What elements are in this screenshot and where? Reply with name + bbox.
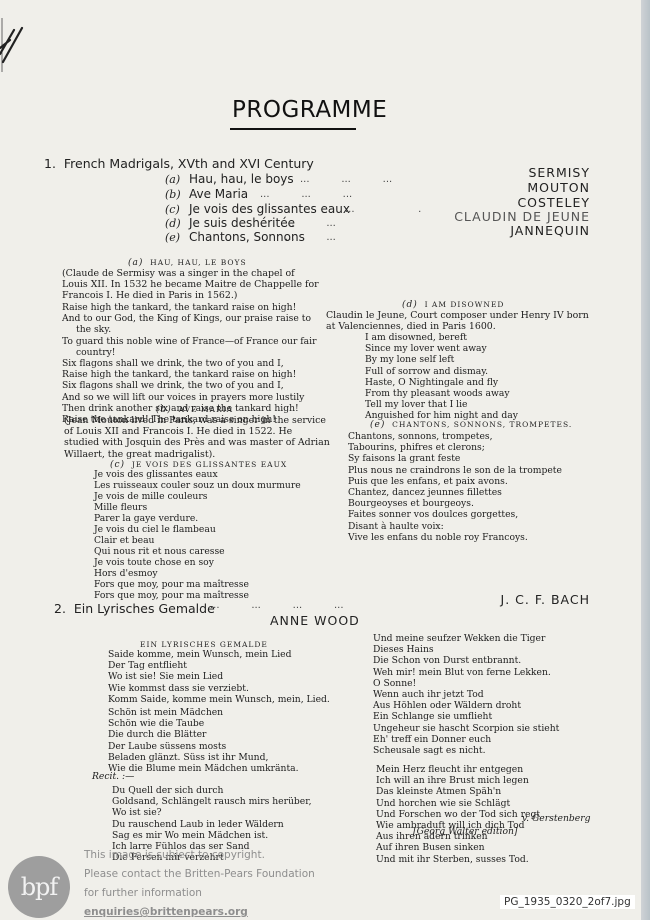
text-line: To guard this noble wine of France—of Fr… [62, 336, 317, 347]
text-line: Willaert, the great madrigalist). [64, 449, 330, 460]
text-line: of Louis XII and Francois I. He died in … [64, 426, 330, 437]
text-line: Bourgeoyses et bourgeoys. [348, 498, 562, 509]
text-line: Chantez, dancez jeunnes fillettes [348, 487, 562, 498]
text-line: Raise high the tankard, the tankard rais… [62, 369, 317, 380]
section-title: I AM DISOWNED [425, 300, 505, 309]
programme-subitem: (b)Ave Maria [165, 187, 248, 201]
subitem-letter: (a) [165, 173, 189, 186]
pen-mark-icon [0, 18, 30, 72]
title-underline [230, 128, 356, 130]
text-line: Wo ist sie! Sie mein Lied [108, 671, 330, 682]
text-d-note: Claudin le Jeune, Court composer under H… [326, 310, 589, 332]
subitem-title: Je suis deshéritée [189, 216, 295, 230]
performer: ANNE WOOD [270, 613, 360, 628]
text-line: Du rauschend Laub in leder Wäldern [112, 819, 312, 830]
section-heading-e: (e) CHANTONS, SONNONS, TROMPETES. [370, 420, 572, 430]
text-line: Der Tag entflieht [108, 660, 330, 671]
text-line: Chantons, sonnons, trompetes, [348, 431, 562, 442]
text-line: Saide komme, mein Wunsch, mein Lied [108, 649, 330, 660]
text-line: Und horchen wie sie Schlägt [376, 798, 540, 809]
text-line: And to our God, the King of Kings, our p… [62, 313, 317, 324]
text-line: Louis XII. In 1532 he became Maitre de C… [62, 279, 319, 290]
gemalde-stanza-2: Schön ist mein MädchenSchön wie die Taub… [108, 707, 299, 774]
text-line: Ungeheur sie hascht Scorpion sie stieht [373, 723, 559, 734]
page-title: PROGRAMME [232, 97, 387, 123]
text-line: Since my lover went away [365, 343, 518, 354]
text-line: By my lone self left [365, 354, 518, 365]
text-line: (Jean Mouton lived in Paris, was a singe… [64, 415, 330, 426]
section-letter: (e) [370, 420, 385, 430]
text-line: Je vois du ciel le flambeau [94, 524, 301, 535]
text-line: Eh' treff ein Donner euch [373, 734, 559, 745]
text-line: Du Quell der sich durch [112, 785, 312, 796]
item-title: Ein Lyrisches Gemalde [74, 601, 215, 616]
text-line: Die Schon von Durst entbrannt. [373, 655, 559, 666]
leader-dots: ... . [345, 204, 421, 215]
text-d-lyrics: I am disowned, bereftSince my lover went… [365, 332, 518, 422]
text-a-note: (Claude de Sermisy was a singer in the c… [62, 268, 319, 302]
text-line: Faites sonner vos doulces gorgettes, [348, 509, 562, 520]
text-line: Tell my lover that I lie [365, 399, 518, 410]
leader-dots: ... ... ... [260, 189, 352, 200]
page-edge [641, 0, 650, 920]
section-heading-gemalde: EIN LYRISCHES GEMALDE [140, 640, 268, 649]
text-line: Und Forschen wo der Tod sich regt [376, 809, 540, 820]
text-line: And so we will lift our voices in prayer… [62, 392, 317, 403]
text-line: country! [62, 347, 317, 358]
text-line: Schön ist mein Mädchen [108, 707, 299, 718]
section-heading-a: (a) HAU, HAU, LE BOYS [128, 258, 247, 268]
leader-dots: ... ... ... ... [210, 600, 344, 611]
composer: JANNEQUIN [510, 223, 590, 238]
copyright-line: Please contact the Britten-Pears Foundat… [84, 865, 315, 884]
text-line: Disant à haulte voix: [348, 521, 562, 532]
text-line: Vive les enfans du noble roy Francoys. [348, 532, 562, 543]
subitem-letter: (e) [165, 231, 189, 244]
text-line: Sy faisons la grant feste [348, 453, 562, 464]
subitem-letter: (d) [165, 217, 189, 230]
programme-subitem: (d)Je suis deshéritée [165, 216, 295, 230]
composer: COSTELEY [517, 195, 590, 210]
text-line: O Sonne! [373, 678, 559, 689]
composer: J. C. F. BACH [501, 592, 590, 607]
section-heading-b: (b) AVE MARIA [156, 405, 233, 415]
leader-dots: ... ... [285, 218, 336, 229]
section-title: JE VOIS DES GLISSANTES EAUX [132, 460, 287, 469]
item-1-heading: 1. French Madrigals, XVth and XVI Centur… [44, 156, 314, 171]
text-line: Dieses Hains [373, 644, 559, 655]
text-line: Ich will an ihre Brust mich legen [376, 775, 540, 786]
item-number: 1. [44, 156, 56, 171]
text-line: Plus nous ne craindrons le son de la tro… [348, 465, 562, 476]
text-line: Six flagons shall we drink, the two of y… [62, 358, 317, 369]
text-line: Die durch die Blätter [108, 729, 299, 740]
section-letter: (d) [402, 300, 418, 310]
text-line: Scheusale sagt es nicht. [373, 745, 559, 756]
text-line: Wie die Blume mein Mädchen umkränta. [108, 763, 299, 774]
text-line: Claudin le Jeune, Court composer under H… [326, 310, 589, 321]
section-title: AVE MARIA [179, 405, 233, 414]
text-b-note: (Jean Mouton lived in Paris, was a singe… [64, 415, 330, 460]
text-line: Wo ist sie? [112, 807, 312, 818]
text-line: Parer la gaye verdure. [94, 513, 301, 524]
text-line: Ein Schlange sie umflieht [373, 711, 559, 722]
subitem-title: Hau, hau, le boys [189, 172, 294, 186]
section-heading-d: (d) I AM DISOWNED [402, 300, 504, 310]
section-title: CHANTONS, SONNONS, TROMPETES. [392, 420, 572, 429]
programme-subitem: (e)Chantons, Sonnons [165, 230, 305, 244]
text-line: Der Laube süssens mosts [108, 741, 299, 752]
text-line: Les ruisseaux couler souz un doux murmur… [94, 480, 301, 491]
text-line: Wie kommst dass sie verziebt. [108, 683, 330, 694]
file-name-label: PG_1935_0320_2of7.jpg [500, 895, 635, 909]
text-line: Six flagons shall we drink, the two of y… [62, 380, 317, 391]
item-number: 2. [54, 601, 66, 616]
programme-subitem: (a)Hau, hau, le boys [165, 172, 294, 186]
copyright-line: This image is subject to copyright. [84, 846, 315, 865]
copyright-notice: This image is subject to copyright. Plea… [84, 846, 315, 920]
text-line: Puis que les enfans, et paix avons. [348, 476, 562, 487]
recit-label: Recit. :— [92, 771, 134, 782]
leader-dots: ... ... ... [300, 174, 392, 185]
gemalde-column2-stanza-2: Mein Herz fleucht ihr entgegenIch will a… [376, 764, 540, 865]
text-line: Aus Höhlen oder Wäldern droht [373, 700, 559, 711]
text-line: Komm Saide, komme mein Wunsch, mein, Lie… [108, 694, 330, 705]
text-c-lyrics: Je vois des glissantes eauxLes ruisseaux… [94, 469, 301, 601]
subitem-title: Je vois des glissantes eaux [189, 202, 350, 216]
text-line: Clair et beau [94, 535, 301, 546]
text-line: Tabourins, phifres et clerons; [348, 442, 562, 453]
text-line: Auf ihren Busen sinken [376, 842, 540, 853]
text-line: at Valenciennes, died in Paris 1600. [326, 321, 589, 332]
text-line: Und mit ihr Sterben, susses Tod. [376, 854, 540, 865]
item-title: French Madrigals, XVth and XVI Century [64, 156, 314, 171]
copyright-line: for further information [84, 884, 315, 903]
text-line: Fors que moy, pour ma maîtresse [94, 579, 301, 590]
text-line: Beladen glänzt. Süss ist ihr Mund, [108, 752, 299, 763]
bpf-logo: bpf [8, 856, 70, 918]
text-line: the sky. [62, 324, 317, 335]
leader-dots: ... ... [285, 232, 336, 243]
text-line: Goldsand, Schlängelt rausch mirs herüber… [112, 796, 312, 807]
text-line: Je vois des glissantes eaux [94, 469, 301, 480]
enquiries-email-link[interactable]: enquiries@brittenpears.org [84, 906, 248, 918]
text-line: From thy pleasant woods away [365, 388, 518, 399]
text-line: Je vois de mille couleurs [94, 491, 301, 502]
subitem-letter: (b) [165, 188, 189, 201]
text-line: Je vois toute chose en soy [94, 557, 301, 568]
text-line: studied with Josquin des Près and was ma… [64, 437, 330, 448]
text-line: Full of sorrow and dismay. [365, 366, 518, 377]
section-letter: (b) [156, 405, 172, 415]
text-line: I am disowned, bereft [365, 332, 518, 343]
text-line: Das kleinste Atmen Späh'n [376, 786, 540, 797]
subitem-title: Ave Maria [189, 187, 248, 201]
text-line: (Claude de Sermisy was a singer in the c… [62, 268, 319, 279]
gemalde-stanza-1: Saide komme, mein Wunsch, mein LiedDer T… [108, 649, 330, 705]
logo-text: bpf [21, 873, 58, 901]
composer: CLAUDIN DE JEUNE [454, 209, 590, 224]
text-line: Mille fleurs [94, 502, 301, 513]
text-line: Haste, O Nightingale and fly [365, 377, 518, 388]
text-line: Raise high the tankard, the tankard rais… [62, 302, 317, 313]
text-line: Qui nous rit et nous caresse [94, 546, 301, 557]
subitem-letter: (c) [165, 203, 189, 216]
section-letter: (a) [128, 258, 143, 268]
composer: MOUTON [527, 180, 590, 195]
gemalde-column2-stanza-1: Und meine seufzer Wekken die TigerDieses… [373, 633, 559, 756]
attribution: v. Gerstenberg [522, 813, 590, 824]
text-e-lyrics: Chantons, sonnons, trompetes,Tabourins, … [348, 431, 562, 543]
text-line: Weh mir! mein Blut von ferne Lekken. [373, 667, 559, 678]
composer: SERMISY [528, 165, 590, 180]
text-line: Und meine seufzer Wekken die Tiger [373, 633, 559, 644]
text-line: Francois I. He died in Paris in 1562.) [62, 290, 319, 301]
text-line: Schön wie die Taube [108, 718, 299, 729]
text-line: Mein Herz fleucht ihr entgegen [376, 764, 540, 775]
text-line: Wenn auch ihr jetzt Tod [373, 689, 559, 700]
item-2-heading: 2. Ein Lyrisches Gemalde [54, 601, 215, 616]
text-line: Sag es mir Wo mein Mädchen ist. [112, 830, 312, 841]
section-title: HAU, HAU, LE BOYS [150, 258, 246, 267]
programme-subitem: (c)Je vois des glissantes eaux [165, 202, 350, 216]
text-line: Hors d'esmoy [94, 568, 301, 579]
edition-note: [Georg Walter edition] [413, 826, 518, 837]
